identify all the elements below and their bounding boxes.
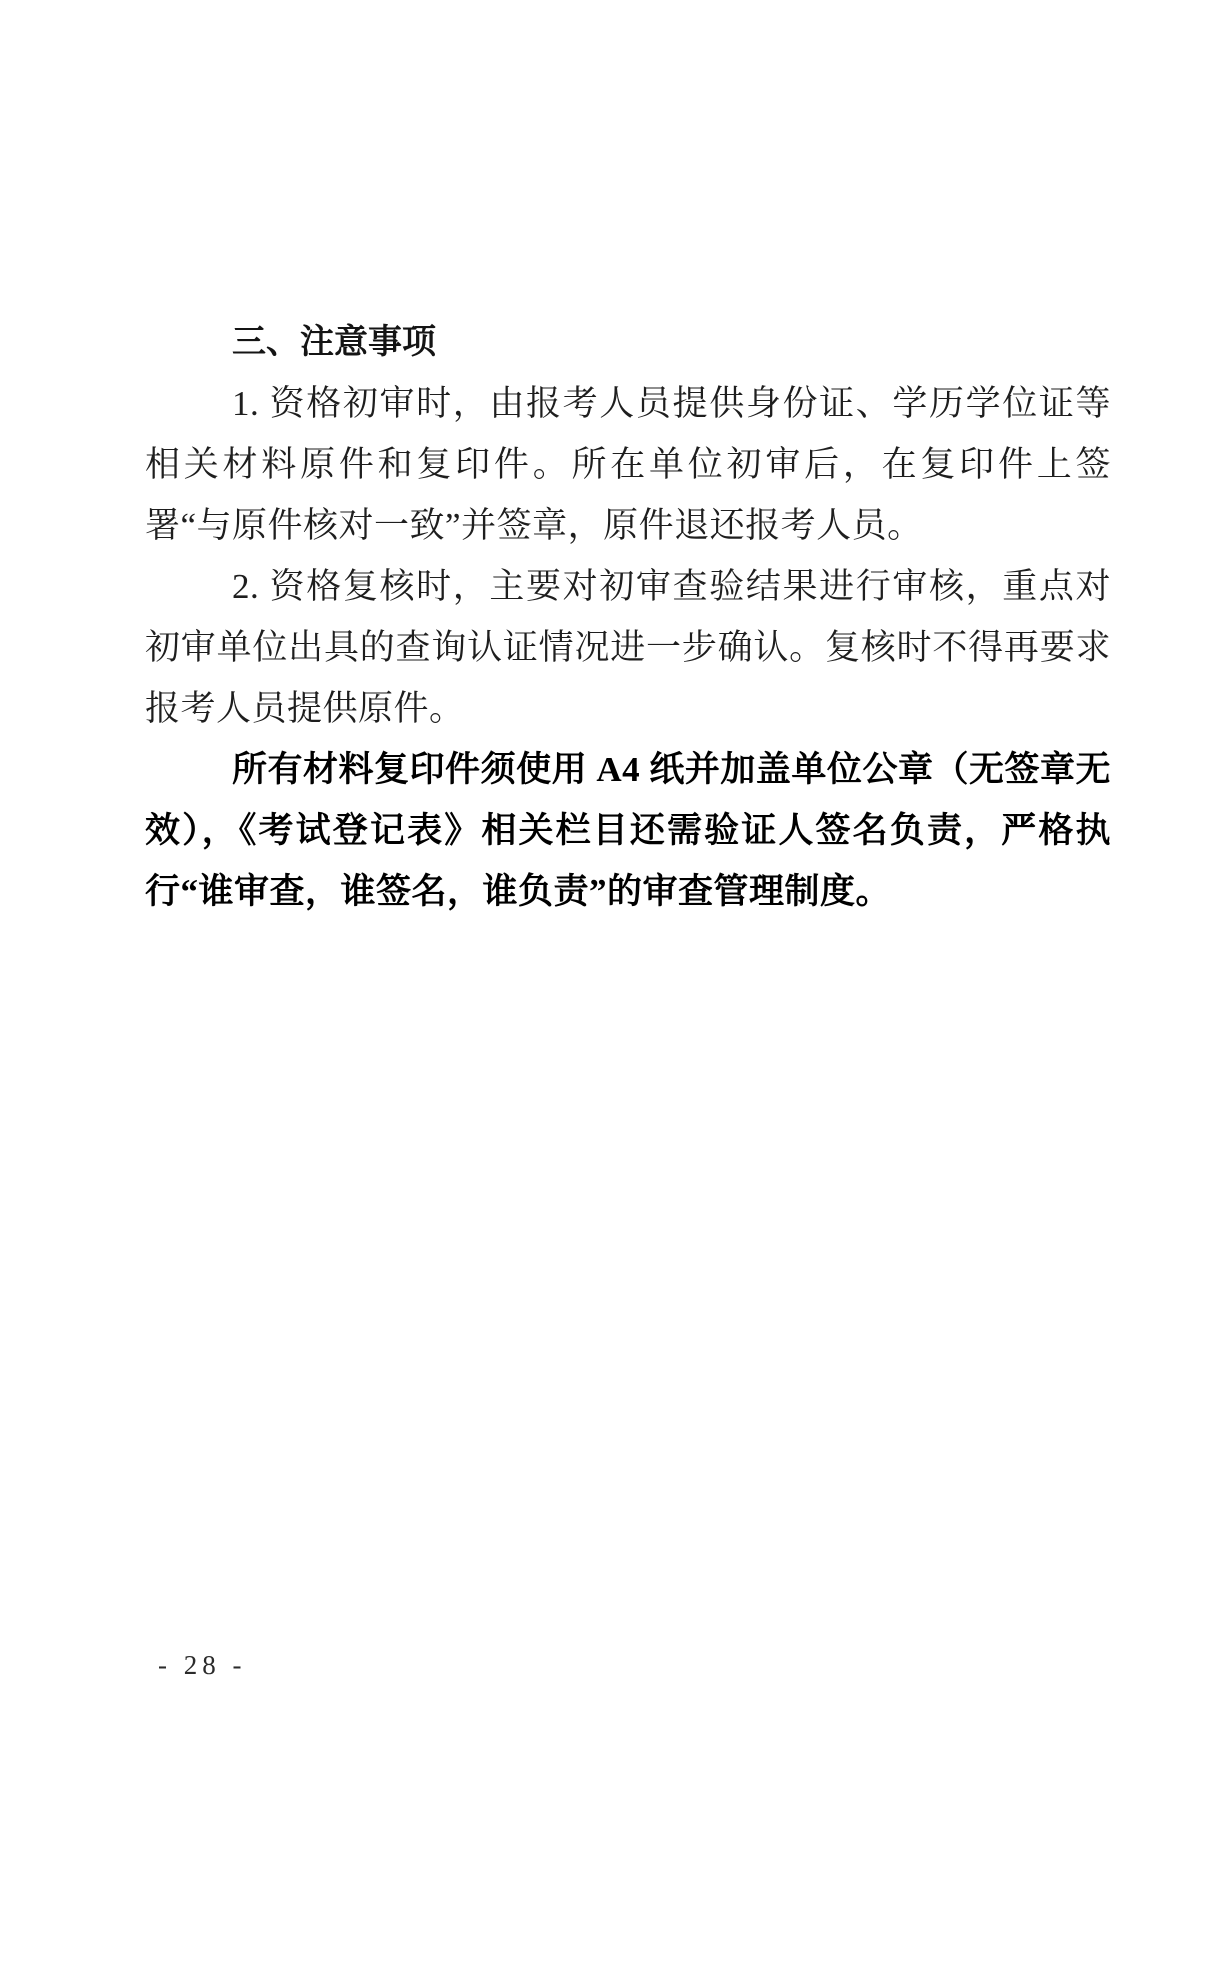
paragraph-initial-review: 1. 资格初审时，由报考人员提供身份证、学历学位证等相关材料原件和复印件。所在单… (145, 373, 1111, 556)
section-heading: 三、注意事项 (145, 312, 1111, 373)
document-page: 三、注意事项 1. 资格初审时，由报考人员提供身份证、学历学位证等相关材料原件和… (0, 0, 1231, 1974)
document-body: 三、注意事项 1. 资格初审时，由报考人员提供身份证、学历学位证等相关材料原件和… (145, 312, 1111, 922)
paragraph-recheck: 2. 资格复核时，主要对初审查验结果进行审核，重点对初审单位出具的查询认证情况进… (145, 556, 1111, 739)
page-number: - 28 - (158, 1650, 246, 1681)
paragraph-copy-requirements: 所有材料复印件须使用 A4 纸并加盖单位公章（无签章无效），《考试登记表》相关栏… (145, 739, 1111, 922)
